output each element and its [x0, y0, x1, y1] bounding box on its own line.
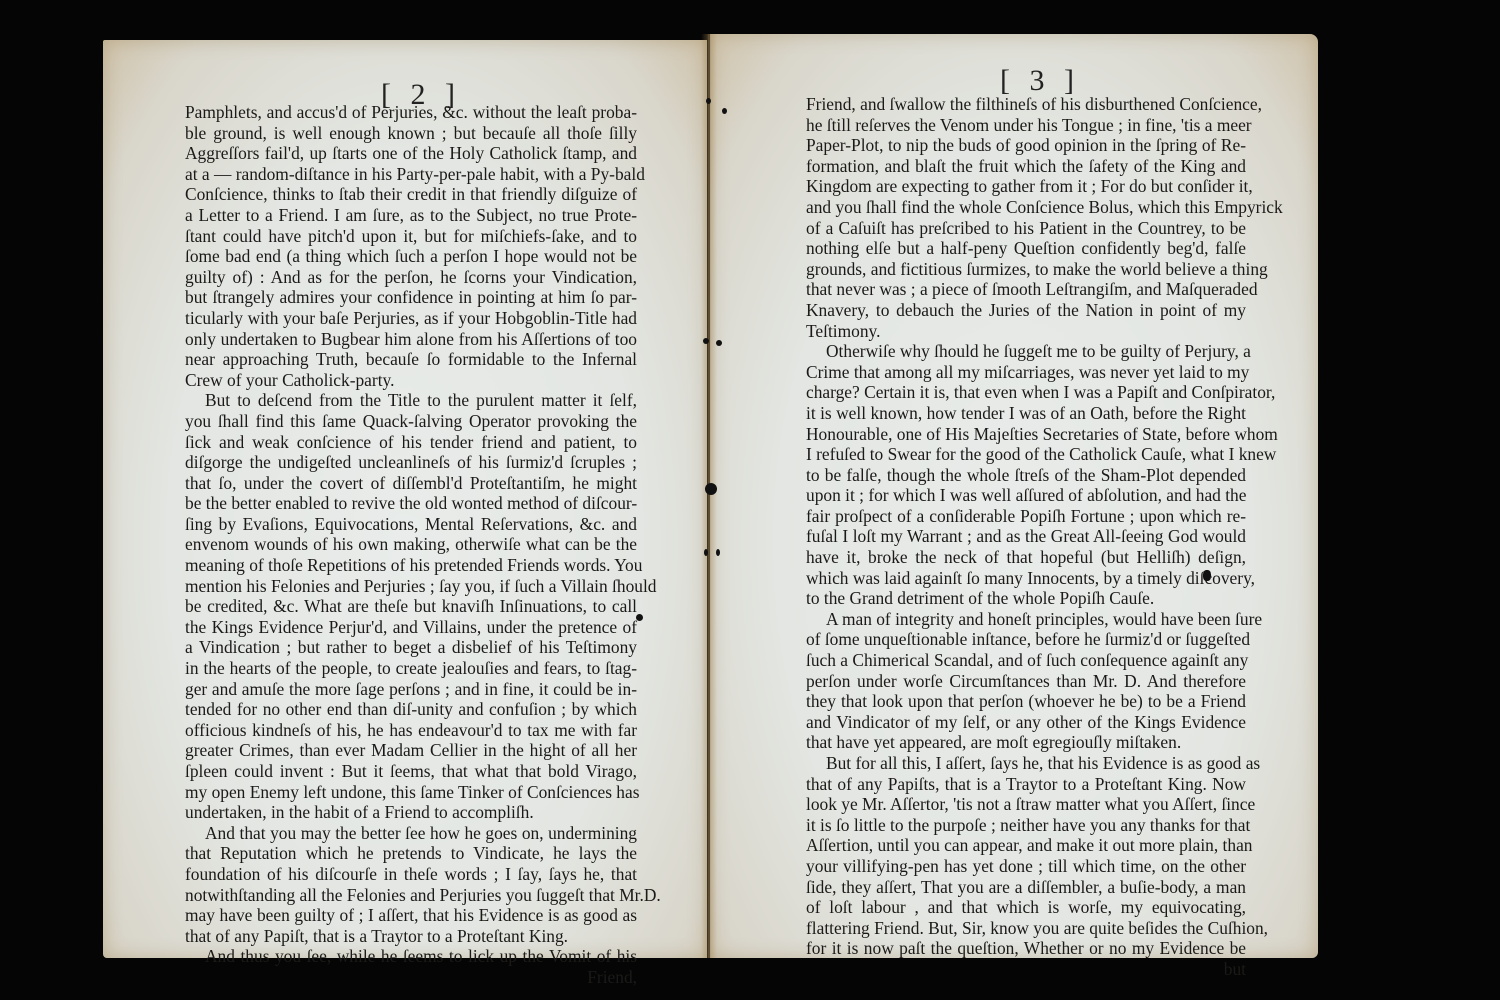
text-line: ſome bad end (a thing which ſuch a perſo… — [185, 246, 637, 267]
text-line: he ſtill reſerves the Venom under his To… — [806, 115, 1246, 136]
text-line: that Reputation which he pretends to Vin… — [185, 843, 637, 864]
text-line: perſon under worſe Circumſtances than Mr… — [806, 671, 1246, 692]
stitch-hole — [716, 340, 722, 346]
text-line: ger and amuſe the more ſage perſons ; an… — [185, 679, 637, 700]
text-line: Honourable, one of His Majeſties Secreta… — [806, 424, 1246, 445]
text-line: Knavery, to debauch the Juries of the Na… — [806, 300, 1246, 321]
left-page: [ 2 ] Pamphlets, and accus'd of Perjurie… — [103, 40, 707, 958]
text-line: Conſcience, thinks to ſtab their credit … — [185, 184, 637, 205]
text-line: but — [806, 959, 1246, 980]
text-line: notwithſtanding all the Felonies and Per… — [185, 885, 637, 906]
text-line: fuſal I loſt my Warrant ; and as the Gre… — [806, 526, 1246, 547]
text-line: that of any Papiſt, that is a Traytor to… — [185, 926, 637, 947]
text-line: my open Enemy left undone, this ſame Tin… — [185, 782, 637, 803]
text-line: upon it ; for which I was well aſſured o… — [806, 485, 1246, 506]
text-line: a Letter to a Friend. I am ſure, as to t… — [185, 205, 637, 226]
text-line: ſide, they aſſert, That you are a diſſem… — [806, 877, 1246, 898]
text-line: Teſtimony. — [806, 321, 1246, 342]
text-line: may have been guilty of ; I aſſert, that… — [185, 905, 637, 926]
text-line: grounds, and fictitious ſurmizes, to mak… — [806, 259, 1246, 280]
page-body-text: Friend, and ſwallow the filthineſs of hi… — [806, 94, 1246, 980]
text-line: and Vindicator of my ſelf, or any other … — [806, 712, 1246, 733]
text-line: they that look upon that perſon (whoever… — [806, 691, 1246, 712]
text-line: ſpleen could invent : But it ſeems, that… — [185, 761, 637, 782]
text-line: And thus you ſee, while he ſeems to lick… — [185, 946, 637, 967]
stitch-hole — [704, 549, 708, 556]
stitch-hole — [722, 108, 727, 114]
text-line: Otherwiſe why ſhould he ſuggeſt me to be… — [806, 341, 1246, 362]
text-line: of ſome unqueſtionable inſtance, before … — [806, 629, 1246, 650]
text-line: Aggreſſors fail'd, up ſtarts one of the … — [185, 143, 637, 164]
text-line: ſtant could have pitch'd upon it, but fo… — [185, 226, 637, 247]
text-line: ble ground, is well enough known ; but b… — [185, 123, 637, 144]
text-line: meaning of thoſe Repetitions of his pret… — [185, 555, 637, 576]
text-line: look ye Mr. Aſſertor, 'tis not a ſtraw m… — [806, 794, 1246, 815]
text-line: in the hearts of the people, to create j… — [185, 658, 637, 679]
page-body-text: Pamphlets, and accus'd of Perjuries, &c.… — [185, 102, 637, 988]
text-line: you ſhall find this ſame Quack-ſalving O… — [185, 411, 637, 432]
text-line: officious kindneſs of his, he has endeav… — [185, 720, 637, 741]
text-line: ticularly with your baſe Perjuries, as i… — [185, 308, 637, 329]
text-line: Aſſertion, until you can appear, and mak… — [806, 835, 1246, 856]
text-line: mention his Felonies and Perjuries ; ſay… — [185, 576, 637, 597]
text-line: And that you may the better ſee how he g… — [185, 823, 637, 844]
stitch-hole — [703, 338, 709, 344]
text-line: which was laid againſt ſo many Innocents… — [806, 568, 1246, 589]
text-line: Crime that among all my miſcarriages, wa… — [806, 362, 1246, 383]
text-line: your villifying-pen has yet done ; till … — [806, 856, 1246, 877]
text-line: at a — random-diſtance in his Party-per-… — [185, 164, 637, 185]
text-line: be the better enabled to revive the old … — [185, 493, 637, 514]
text-line: A man of integrity and honeſt principles… — [806, 609, 1246, 630]
text-line: greater Crimes, than ever Madam Cellier … — [185, 740, 637, 761]
text-line: But to deſcend from the Title to the pur… — [185, 390, 637, 411]
binding-gutter — [701, 34, 717, 958]
text-line: of loſt labour , and that which is worſe… — [806, 897, 1246, 918]
text-line: be credited, &c. What are theſe but knav… — [185, 596, 637, 617]
text-line: to the Grand detriment of the whole Popi… — [806, 588, 1246, 609]
text-line: but ſtrangely admires your confidence in… — [185, 287, 637, 308]
text-line: ſing by Evaſions, Equivocations, Mental … — [185, 514, 637, 535]
text-line: the Kings Evidence Perjur'd, and Villain… — [185, 617, 637, 638]
text-line: nothing elſe but a half-peny Queſtion co… — [806, 238, 1246, 259]
text-line: charge? Certain it is, that even when I … — [806, 382, 1246, 403]
text-line: Friend, — [185, 967, 637, 988]
text-line: Kingdom are expecting to gather from it … — [806, 176, 1246, 197]
text-line: Crew of your Catholick-party. — [185, 370, 637, 391]
text-line: that of any Papiſts, that is a Traytor t… — [806, 774, 1246, 795]
text-line: to be falſe, though the whole ſtreſs of … — [806, 465, 1246, 486]
stitch-hole — [705, 483, 717, 495]
text-line: Friend, and ſwallow the filthineſs of hi… — [806, 94, 1246, 115]
text-line: have it, broke the neck of that hopeful … — [806, 547, 1246, 568]
text-line: flattering Friend. But, Sir, know you ar… — [806, 918, 1246, 939]
text-line: for it is now paſt the queſtion, Whether… — [806, 938, 1246, 959]
text-line: that ſo, under the covert of diſſembl'd … — [185, 473, 637, 494]
text-line: diſgorge the undigeſted uncleanlineſs of… — [185, 452, 637, 473]
text-line: formation, and blaſt the fruit which the… — [806, 156, 1246, 177]
right-page: [ 3 ] Friend, and ſwallow the filthineſs… — [710, 34, 1318, 958]
text-line: only undertaken to Bugbear him alone fro… — [185, 329, 637, 350]
text-line: fair proſpect of a conſiderable Popiſh F… — [806, 506, 1246, 527]
text-line: that never was ; a piece of ſmooth Leſtr… — [806, 279, 1246, 300]
ink-blot — [1203, 570, 1211, 581]
text-line: I refuſed to Swear for the good of the C… — [806, 444, 1246, 465]
text-line: ſick and weak conſcience of his tender f… — [185, 432, 637, 453]
text-line: ſuch a Chimerical Scandal, and of ſuch c… — [806, 650, 1246, 671]
text-line: tended for no other end than diſ-unity a… — [185, 699, 637, 720]
page-number: [ 3 ] — [1000, 64, 1080, 98]
text-line: undertaken, in the habit of a Friend to … — [185, 802, 637, 823]
text-line: and you ſhall find the whole Conſcience … — [806, 197, 1246, 218]
text-line: near approaching Truth, becauſe ſo formi… — [185, 349, 637, 370]
text-line: envenom wounds of his own making, otherw… — [185, 534, 637, 555]
text-line: of a Caſuiſt has preſcribed to his Patie… — [806, 218, 1246, 239]
text-line: But for all this, I aſſert, ſays he, tha… — [806, 753, 1246, 774]
text-line: foundation of his diſcourſe in theſe wor… — [185, 864, 637, 885]
ink-blot — [636, 614, 643, 621]
text-line: that have yet appeared, are moſt egregio… — [806, 732, 1246, 753]
text-line: it is well known, how tender I was of an… — [806, 403, 1246, 424]
book-spread: [ 2 ] Pamphlets, and accus'd of Perjurie… — [0, 0, 1500, 1000]
stitch-hole — [716, 549, 720, 556]
text-line: it is ſo little to the purpoſe ; neither… — [806, 815, 1246, 836]
text-line: guilty of) : And as for the perſon, he ſ… — [185, 267, 637, 288]
stitch-hole — [706, 98, 711, 104]
text-line: a Vindication ; but rather to beget a di… — [185, 637, 637, 658]
text-line: Pamphlets, and accus'd of Perjuries, &c.… — [185, 102, 637, 123]
text-line: Paper-Plot, to nip the buds of good opin… — [806, 135, 1246, 156]
